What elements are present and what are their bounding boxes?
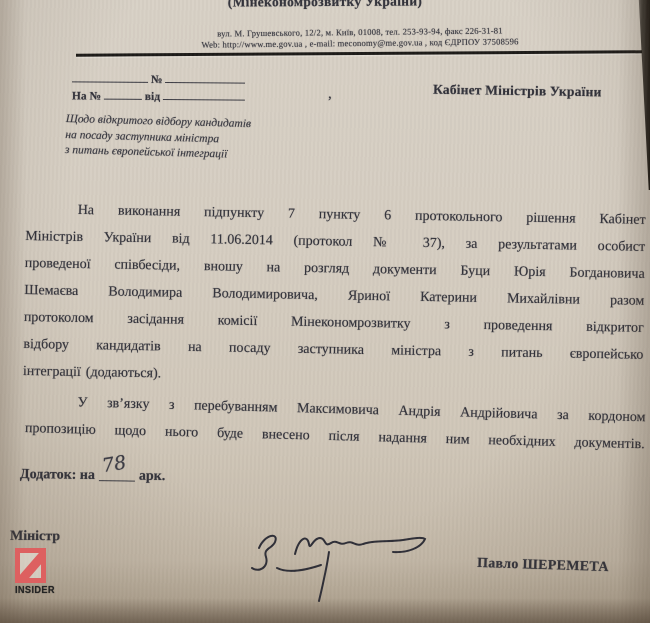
incoming-number-blank bbox=[104, 87, 142, 100]
attachment-suffix: арк. bbox=[139, 469, 166, 484]
body-paragraph-1: На виконання підпункту 7 пункту 6 проток… bbox=[23, 196, 646, 396]
insider-watermark: INSIDER bbox=[15, 548, 58, 596]
addressee: Кабінет Міністрів України bbox=[433, 82, 602, 101]
body-paragraph-2: У зв’язку з перебуванням Максимовича Анд… bbox=[25, 388, 646, 458]
insider-logo-diagonal bbox=[15, 548, 46, 583]
reference-number-block: № На № від bbox=[72, 69, 246, 104]
organization-name: (Мінекономрозвитку України) bbox=[0, 0, 650, 12]
incoming-number-row: На № від bbox=[72, 86, 245, 104]
outgoing-date-blank bbox=[72, 69, 148, 83]
attachment-sheets-blank: 78 bbox=[99, 464, 135, 482]
attachment-prefix: Додаток: на bbox=[20, 467, 95, 483]
stray-comma-mark: , bbox=[328, 86, 332, 103]
attachment-sheets-handwritten-number: 78 bbox=[100, 452, 127, 478]
incoming-date-blank bbox=[163, 87, 245, 101]
letterhead-divider bbox=[76, 50, 642, 56]
letter-document: (Мінекономрозвитку України) вул. М. Груш… bbox=[0, 0, 650, 623]
signature-strokes bbox=[225, 510, 435, 605]
vid-label: від bbox=[145, 91, 160, 103]
attachment-note: Додаток: на78арк. bbox=[20, 463, 166, 485]
outgoing-number-row: № bbox=[72, 69, 245, 87]
subject-block: Щодо відкритого відбору кандидатів на по… bbox=[65, 112, 251, 164]
outgoing-number-blank bbox=[165, 70, 245, 84]
signer-name: Павло ШЕРЕМЕТА bbox=[477, 556, 609, 576]
insider-brand-label: INSIDER bbox=[15, 585, 55, 596]
na-number-label: На № bbox=[72, 90, 101, 102]
number-sign: № bbox=[151, 74, 163, 86]
handwritten-signature bbox=[225, 510, 435, 610]
insider-logo-icon bbox=[15, 548, 46, 583]
signer-title: Міністр bbox=[10, 529, 60, 545]
